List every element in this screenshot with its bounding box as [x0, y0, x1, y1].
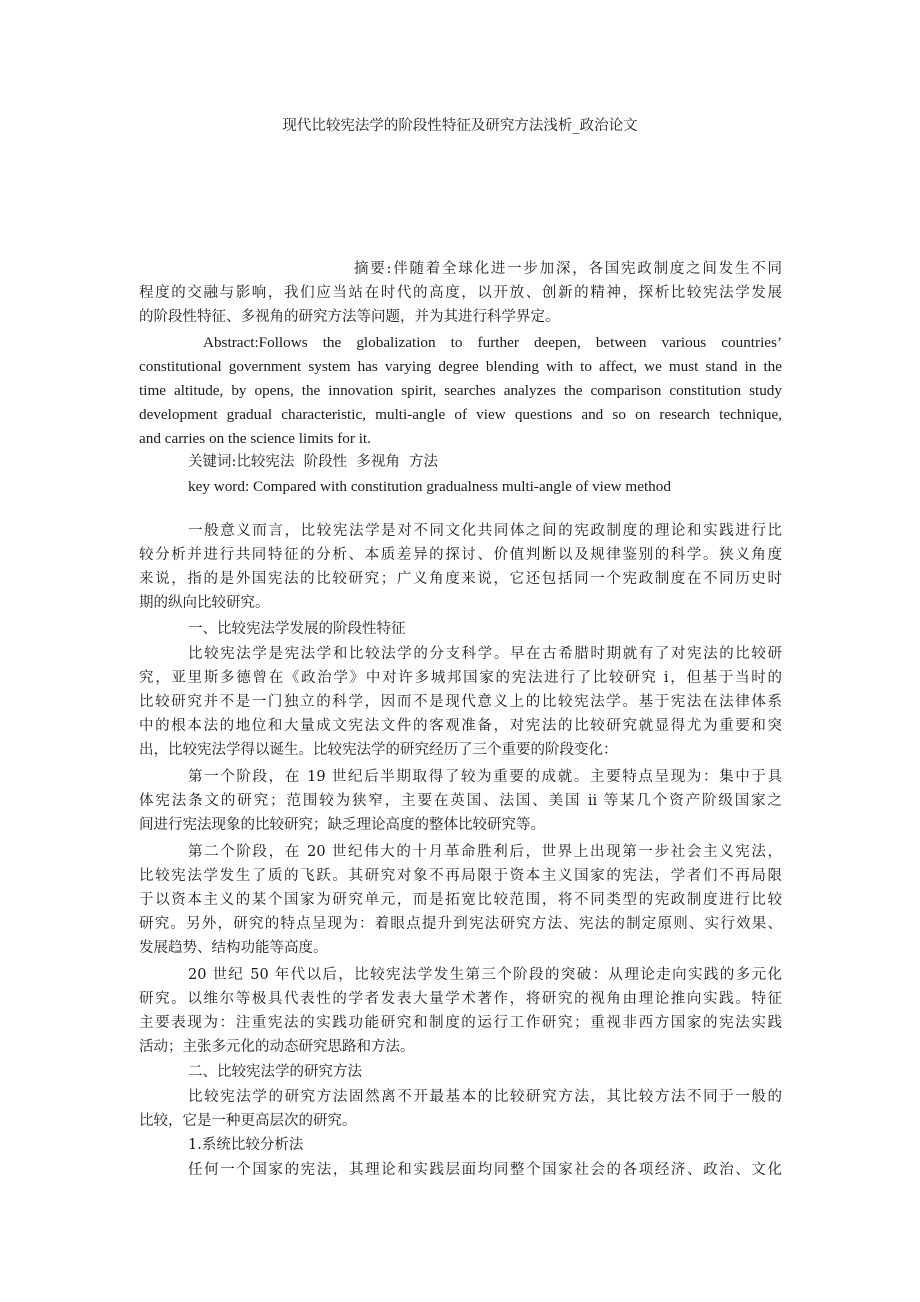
body-line: 来说，指的是外国宪法的比较研究；广义角度来说，它还包括同一个宪政制度在不同历史时 [139, 570, 782, 588]
keywords-en: key word: Compared with constitution gra… [188, 478, 782, 496]
body-line: 比较宪法学的研究方法固然离不开最基本的比较研究方法，其比较方法不同于一般的 [188, 1088, 782, 1106]
body-line: 一般意义而言，比较宪法学是对不同文化共同体之间的宪政制度的理论和实践进行比 [188, 522, 782, 540]
keywords-cn: 关键词:比较宪法 阶段性 多视角 方法 [188, 453, 782, 471]
body-line: 第二个阶段，在 20 世纪伟大的十月革命胜利后，世界上出现第一步社会主义宪法， [188, 843, 782, 861]
body-line: 期的纵向比较研究。 [139, 594, 782, 612]
body-line: 比较宪法学是宪法学和比较法学的分支科学。早在古希腊时期就有了对宪法的比较研 [188, 645, 782, 663]
body-line: 活动；主张多元化的动态研究思路和方法。 [139, 1038, 782, 1056]
abstract-en-line: Abstract:Follows the globalization to fu… [203, 334, 782, 352]
body-line: 研究。以维尔等极具代表性的学者发表大量学术著作，将研究的视角由理论推向实践。特征 [139, 990, 782, 1008]
body-line: 发展趋势、结构功能等高度。 [139, 939, 782, 957]
body-line: 研究。另外，研究的特点呈现为：着眼点提升到宪法研究方法、宪法的制定原则、实行效果… [139, 915, 782, 933]
section-heading-1: 一、比较宪法学发展的阶段性特征 [188, 620, 782, 638]
body-line: 任何一个国家的宪法，其理论和实践层面均同整个国家社会的各项经济、政治、文化 [188, 1161, 782, 1179]
abstract-cn-line: 摘要:伴随着全球化进一步加深，各国宪政制度之间发生不同 [354, 260, 782, 278]
subsection-heading-1: 1.系统比较分析法 [188, 1136, 782, 1154]
abstract-en-line: and carries on the science limits for it… [139, 430, 782, 448]
abstract-cn-line: 的阶段性特征、多视角的研究方法等问题，并为其进行科学界定。 [139, 308, 782, 326]
body-line: 间进行宪法现象的比较研究；缺乏理论高度的整体比较研究等。 [139, 816, 782, 834]
abstract-en-line: constitutional government system has var… [139, 358, 782, 376]
abstract-en-line: time altitude, by opens, the innovation … [139, 382, 782, 400]
body-line: 比较宪法学发生了质的飞跃。其研究对象不再局限于资本主义国家的宪法，学者们不再局限 [139, 867, 782, 885]
body-line: 主要表现为：注重宪法的实践功能研究和制度的运行工作研究；重视非西方国家的宪法实践 [139, 1014, 782, 1032]
abstract-en-line: development gradual characteristic, mult… [139, 406, 782, 424]
section-heading-2: 二、比较宪法学的研究方法 [188, 1063, 782, 1081]
abstract-cn-line: 程度的交融与影响，我们应当站在时代的高度，以开放、创新的精神，探析比较宪法学发展 [139, 284, 782, 302]
body-line: 较分析并进行共同特征的分析、本质差异的探讨、价值判断以及规律鉴别的科学。狭义角度 [139, 546, 782, 564]
body-line: 究，亚里斯多德曾在《政治学》中对许多城邦国家的宪法进行了比较研究 i，但基于当时… [139, 669, 782, 687]
document-title: 现代比较宪法学的阶段性特征及研究方法浅析_政治论文 [0, 117, 920, 135]
body-line: 第一个阶段，在 19 世纪后半期取得了较为重要的成就。主要特点呈现为：集中于具 [188, 768, 782, 786]
body-line: 于以资本主义的某个国家为研究单元，而是拓宽比较范围，将不同类型的宪政制度进行比较 [139, 891, 782, 909]
body-line: 中的根本法的地位和大量成文宪法文件的客观准备，对宪法的比较研究就显得尤为重要和突 [139, 717, 782, 735]
body-line: 比较研究并不是一门独立的科学，因而不是现代意义上的比较宪法学。基于宪法在法律体系 [139, 693, 782, 711]
body-line: 体宪法条文的研究；范围较为狭窄，主要在英国、法国、美国 ii 等某几个资产阶级国… [139, 792, 782, 810]
body-line: 出，比较宪法学得以诞生。比较宪法学的研究经历了三个重要的阶段变化： [139, 741, 782, 759]
body-line: 20 世纪 50 年代以后，比较宪法学发生第三个阶段的突破：从理论走向实践的多元… [188, 966, 782, 984]
body-line: 比较，它是一种更高层次的研究。 [139, 1112, 782, 1130]
